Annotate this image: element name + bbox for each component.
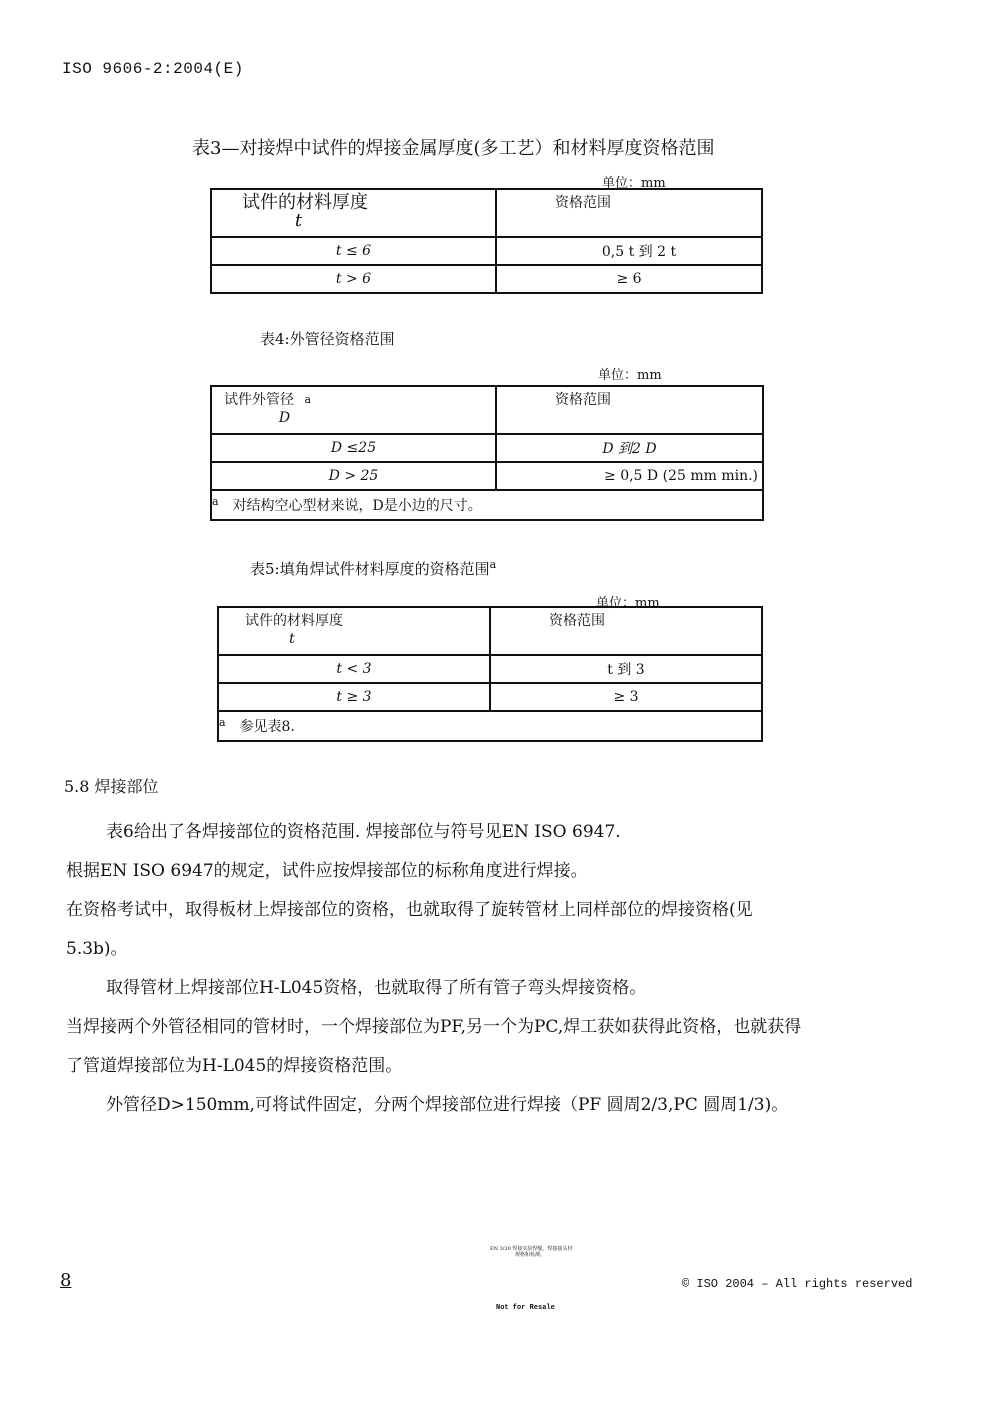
table3-col1-header: 试件的材料厚度 t — [211, 189, 496, 237]
paragraph: 当焊接两个外管径相同的管材时，一个焊接部位为PF,另一个为PC,焊工获如获得此资… — [66, 1008, 946, 1047]
section-heading: 5.8 焊接部位 — [64, 774, 159, 797]
table4-col1-header: 试件外管径 a D — [211, 386, 496, 434]
tiny-note-2: 规格和检测。 — [515, 1251, 545, 1258]
paragraph: 根据EN ISO 6947的规定，试件应按焊接部位的标称角度进行焊接。 — [66, 852, 946, 891]
table-row: t < 3 t 到 3 — [218, 655, 762, 683]
table4-unit: 单位：mm — [598, 364, 662, 383]
paragraph: 在资格考试中，取得板材上焊接部位的资格，也就取得了旋转管材上同样部位的焊接资格(… — [66, 891, 946, 930]
paragraph: 表6给出了各焊接部位的资格范围. 焊接部位与符号见EN ISO 6947. — [66, 813, 946, 852]
table-row: D ≤25 D 到2 D — [211, 434, 763, 462]
section-body: 表6给出了各焊接部位的资格范围. 焊接部位与符号见EN ISO 6947. 根据… — [66, 813, 946, 1125]
table-row: D > 25 ≥ 0,5 D (25 mm min.) — [211, 462, 763, 490]
table5-col2-header: 资格范围 — [490, 607, 762, 655]
col-label: 试件的材料厚度 — [242, 192, 368, 213]
table5: 试件的材料厚度 t 资格范围 t < 3 t 到 3 t ≥ 3 ≥ 3 a参见… — [217, 606, 763, 742]
document-id-header: ISO 9606-2:2004(E) — [62, 60, 244, 78]
table5-footnote-row: a参见表8. — [218, 711, 762, 741]
paragraph: 5.3b)。 — [66, 930, 946, 969]
copyright-notice: © ISO 2004 – All rights reserved — [682, 1277, 912, 1291]
col-symbol: t — [242, 212, 485, 230]
not-for-resale-notice: Not for Resale — [496, 1304, 555, 1312]
table-row: t > 6 ≥ 6 — [211, 265, 762, 293]
table5-col1-header: 试件的材料厚度 t — [218, 607, 490, 655]
table4: 试件外管径 a D 资格范围 D ≤25 D 到2 D D > 25 ≥ 0,5… — [210, 385, 764, 521]
table-row: t ≥ 3 ≥ 3 — [218, 683, 762, 711]
table3-caption: 表3—对接焊中试件的焊接金属厚度(多工艺）和材料厚度资格范围 — [192, 134, 714, 160]
table4-caption: 表4:外管径资格范围 — [260, 328, 395, 349]
table5-caption: 表5:填角焊试件材料厚度的资格范围a — [250, 558, 496, 579]
table3-col2-header: 资格范围 — [496, 189, 762, 237]
paragraph: 取得管材上焊接部位H-L045资格，也就取得了所有管子弯头焊接资格。 — [66, 969, 946, 1008]
table4-footnote-row: a对结构空心型材来说，D是小边的尺寸。 — [211, 490, 763, 520]
table-row: t ≤ 6 0,5 t 到 2 t — [211, 237, 762, 265]
table4-col2-header: 资格范围 — [496, 386, 763, 434]
paragraph: 了管道焊接部位为H-L045的焊接资格范围。 — [66, 1047, 946, 1086]
page-number: 8 — [60, 1270, 71, 1291]
paragraph: 外管径D>150mm,可将试件固定，分两个焊接部位进行焊接（PF 圆周2/3,P… — [66, 1086, 946, 1125]
table3: 试件的材料厚度 t 资格范围 t ≤ 6 0,5 t 到 2 t t > 6 ≥… — [210, 188, 763, 294]
